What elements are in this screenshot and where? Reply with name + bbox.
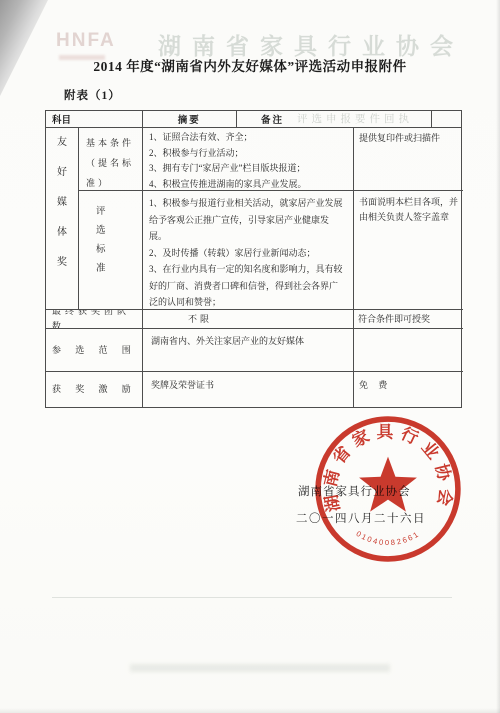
incentive-value: 奖牌及荣誉证书: [143, 372, 354, 407]
scope-label: 参 选 范 围: [46, 329, 143, 372]
teams-count-remark: 符合条件即可授奖: [354, 310, 463, 329]
header-summary: 摘要: [143, 111, 238, 127]
criteria-item: 1、积极参与报道行业相关活动，就家居产业发展给予客观公正推广宣传，引导家居产业健…: [149, 195, 346, 245]
criteria-char: 评: [96, 205, 142, 220]
scope-value: 湖南省内、外关注家居产业的友好媒体: [143, 329, 354, 372]
basic-conditions-remark: 提供复印件或扫描件: [354, 127, 463, 191]
criteria-char: 准: [96, 262, 142, 277]
teams-count-value: 不限: [143, 310, 354, 329]
selection-criteria-label-vertical: 评 选 标 准: [79, 191, 143, 310]
page-corner-fold: [0, 0, 48, 96]
table-body: 友 好 媒 体 奖 基本条件（提名标准） 1、证照合法有效、齐全； 2、积极参与…: [45, 127, 462, 408]
attachment-table-label: 附表（1）: [64, 87, 121, 103]
scan-edge-shadow-right: [496, 0, 500, 713]
bleed-through-line: [52, 597, 452, 598]
header-empty: [432, 111, 461, 127]
scope-remark: [354, 329, 463, 372]
award-char: 友: [57, 135, 67, 150]
award-char: 奖: [57, 255, 67, 270]
header-remark: 备注: [237, 111, 432, 127]
award-char: 体: [57, 225, 67, 240]
official-red-seal: 湖南省家具行业协会 01040082661: [312, 413, 464, 565]
association-logo-watermark: HNFA: [56, 30, 116, 52]
basic-item: 2、积极参与行业活动；: [149, 146, 347, 162]
basic-conditions-items: 1、证照合法有效、齐全； 2、积极参与行业活动； 3、拥有专门“家居产业”栏目版…: [143, 127, 354, 191]
scanned-document-page: HNFA 湖南省家具行业协会 评选申报要件回执 2014 年度“湖南省内外友好媒…: [0, 0, 500, 713]
basic-item: 1、证照合法有效、齐全；: [149, 130, 347, 146]
header-subject: 科目: [46, 111, 143, 127]
table-header-row: 科目 摘要 备注: [45, 110, 462, 128]
teams-count-label: 最终获奖团队数: [46, 310, 143, 329]
scan-edge-shadow-bottom: [0, 708, 500, 713]
svg-text:01040082661: 01040082661: [355, 529, 422, 547]
basic-item: 4、积极宣传推进湖南的家具产业发展。: [149, 177, 347, 192]
award-char: 媒: [57, 195, 67, 210]
criteria-char: 标: [96, 243, 142, 258]
incentive-label: 获 奖 激 励: [46, 372, 143, 407]
selection-criteria-remark: 书面说明本栏目各项，并由相关负责人签字盖章: [354, 191, 463, 310]
criteria-item: 3、在行业内具有一定的知名度和影响力，具有较好的厂商、消费者口碑和信誉，得到社会…: [149, 261, 346, 310]
seal-star-icon: [359, 457, 417, 512]
award-char: 好: [57, 165, 67, 180]
selection-criteria-items: 1、积极参与报道行业相关活动，就家居产业发展给予客观公正推广宣传，引导家居产业健…: [143, 191, 354, 310]
basic-conditions-label: 基本条件（提名标准）: [79, 127, 143, 191]
bleed-through-text-band: [130, 664, 390, 672]
seal-serial-number: 01040082661: [355, 529, 422, 547]
criteria-char: 选: [96, 224, 142, 239]
document-title: 2014 年度“湖南省内外友好媒体”评选活动申报附件: [0, 55, 500, 75]
basic-item: 3、拥有专门“家居产业”栏目版块报道；: [149, 161, 347, 177]
award-name-vertical: 友 好 媒 体 奖: [46, 127, 79, 310]
incentive-remark: 免 费: [354, 372, 463, 407]
criteria-item: 2、及时传播（转载）家居行业新闻动态；: [149, 245, 346, 262]
